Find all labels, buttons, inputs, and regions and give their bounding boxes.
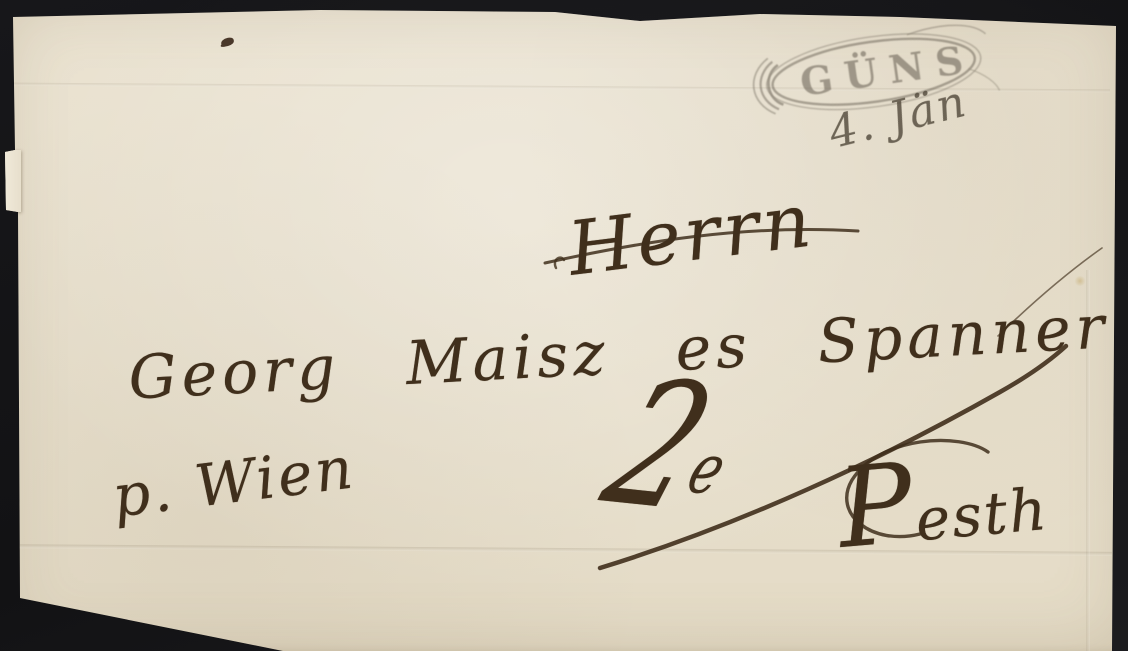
paper-stain [1074, 276, 1086, 286]
route-text: p. Wien [109, 433, 359, 530]
ink-speck [220, 37, 234, 48]
salutation-text: Herrn [564, 177, 819, 292]
destination-text: Pesth [833, 427, 1052, 573]
addressee-text: Georg Maisz es Spanner [127, 292, 1111, 413]
photo-background: GÜNS 4. Jän Herrn Georg Maisz es Spanner… [0, 0, 1128, 651]
herrn-lead-stroke [555, 258, 564, 268]
letter-paper: GÜNS 4. Jän Herrn Georg Maisz es Spanner… [0, 0, 1128, 651]
paper-fold-flap [5, 150, 21, 212]
